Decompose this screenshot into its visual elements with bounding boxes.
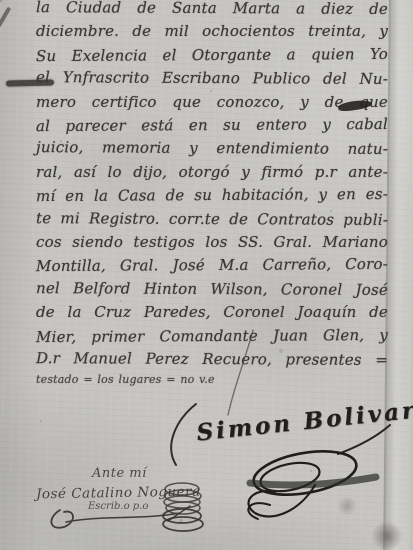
ink-strikethrough-mark bbox=[6, 79, 54, 86]
manuscript-line: nel Belford Hinton Wilson, Coronel José bbox=[36, 277, 388, 302]
manuscript-line: juicio, memoria y entendimiento natu- bbox=[36, 137, 388, 162]
manuscript-line: cos siendo testigos los SS. Gral. Marian… bbox=[36, 231, 388, 254]
paper-speckles bbox=[0, 0, 2, 2]
manuscript-line: al parecer está en su entero y cabal bbox=[36, 113, 388, 139]
manuscript-line: Su Exelencia el Otorgante a quien Yo bbox=[36, 43, 388, 69]
manuscript-line: el Ynfrascrito Escribano Publico del Nu- bbox=[36, 66, 388, 91]
manuscript-photo: la Ciudad de Santa Marta a diez de dicie… bbox=[0, 0, 413, 550]
manuscript-line: diciembre. de mil ochocientos treinta, y bbox=[36, 20, 388, 43]
manuscript-line: Montilla, Gral. José M.a Carreño, Coro- bbox=[36, 253, 388, 279]
notary-flourish-and-seal bbox=[30, 460, 220, 548]
manuscript-line: mí en la Casa de su habitación, y en es- bbox=[36, 183, 388, 209]
manuscript-line: de la Cruz Paredes, Coronel Joaquín de bbox=[36, 301, 388, 324]
manuscript-line: mero certifico que conozco, y de que bbox=[36, 91, 388, 114]
manuscript-line: la Ciudad de Santa Marta a diez de bbox=[36, 0, 388, 21]
manuscript-line: te mi Registro. corr.te de Contratos pub… bbox=[36, 207, 388, 232]
manuscript-line: ral, así lo dijo, otorgó y firmó p.r ant… bbox=[36, 161, 388, 184]
